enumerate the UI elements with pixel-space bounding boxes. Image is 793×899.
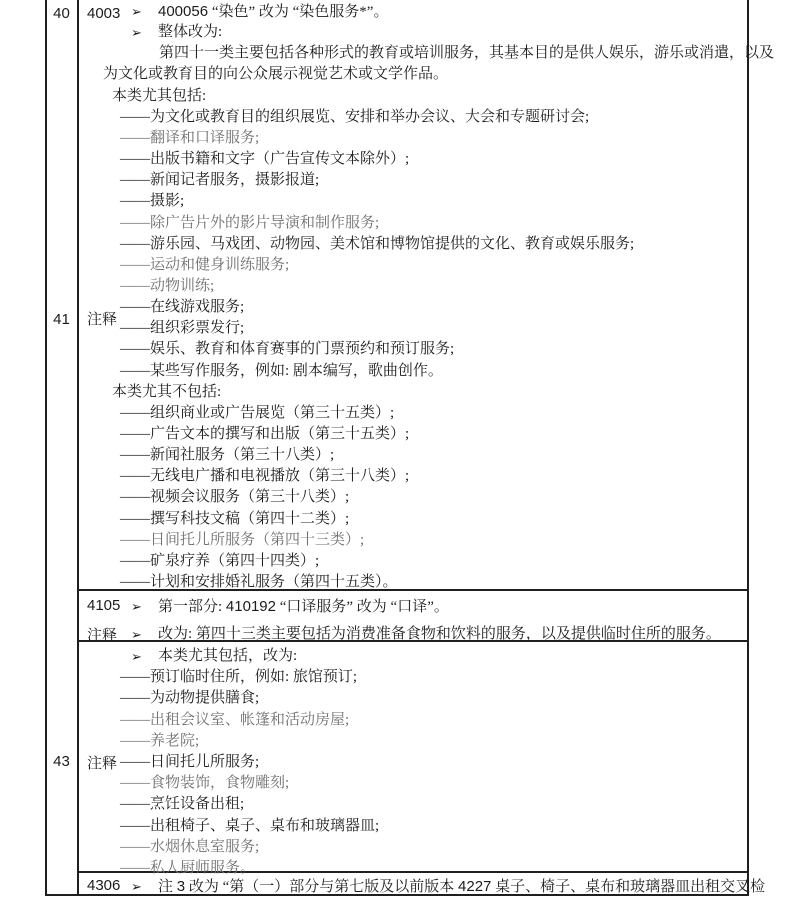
table-text-line: ——游乐园、马戏团、动物园、美术馆和博物馆提供的文化、教育或娱乐服务;	[120, 235, 634, 254]
table-text-line: ——水烟休息室服务;	[120, 838, 259, 857]
bullet-arrow-icon: ➢	[131, 597, 142, 616]
table-text-line: ——为动物提供膳食;	[120, 689, 259, 708]
table-text-line: ——烹饪设备出租;	[120, 795, 244, 814]
table-text-line: ——日间托儿所服务;	[120, 753, 259, 772]
table-text-line: 400056 “染色” 改为 “染色服务*”。	[158, 2, 388, 22]
table-text-line: ——娱乐、教育和体育赛事的门票预约和预订服务;	[120, 340, 454, 359]
table-text-line: ——运动和健身训练服务;	[120, 256, 289, 275]
bullet-arrow-icon: ➢	[131, 647, 142, 666]
document-page: 40414003注释➢400056 “染色” 改为 “染色服务*”。➢整体改为:…	[0, 0, 793, 899]
table-text-line: 整体改为:	[158, 23, 222, 42]
class-number: 41	[46, 311, 77, 328]
table-block-class-40-41: 40414003注释➢400056 “染色” 改为 “染色服务*”。➢整体改为:…	[0, 0, 793, 590]
table-text-line: 为文化或教育目的向公众展示视觉艺术或文学作品。	[103, 65, 448, 84]
bullet-arrow-icon: ➢	[131, 877, 142, 896]
table-text-line: ——摄影;	[120, 192, 184, 211]
table-text-line: 注 3 改为 “第（一）部分与第七版及以前版本 4227 桌子、椅子、桌布和玻璃…	[158, 877, 765, 897]
table-text-line: ——出租会议室、帐篷和活动房屋;	[120, 711, 349, 730]
table-text-line: ——预订临时住所，例如: 旅馆预订;	[120, 668, 357, 687]
table-text-line: ——为文化或教育目的组织展览、安排和举办会议、大会和专题研讨会;	[120, 108, 589, 127]
table-text-line: ——组织彩票发行;	[120, 319, 244, 338]
table-text-line: ——矿泉疗养（第四十四类）;	[120, 552, 319, 571]
group-code-label: 注释	[87, 308, 117, 329]
table-text-line: ——在线游戏服务;	[120, 298, 244, 317]
group-code-label: 4306	[87, 877, 120, 895]
table-text-line: ——新闻社服务（第三十八类）;	[120, 446, 334, 465]
class-number: 43	[46, 753, 77, 770]
table-text-line: ——动物训练;	[120, 277, 214, 296]
table-block-group-4105: 4105注释➢第一部分: 410192 “口译服务” 改为 “口译”。➢改为: …	[0, 590, 793, 641]
table-text-line: ——养老院;	[120, 732, 199, 751]
table-text-line: 第四十一类主要包括各种形式的教育或培训服务，其基本目的是供人娱乐，游乐或消遣，以…	[159, 44, 774, 63]
bullet-arrow-icon: ➢	[131, 2, 142, 21]
table-text-line: ——撰写科技文稿（第四十二类）;	[120, 510, 349, 529]
group-code-label: 4105	[87, 597, 120, 615]
table-text-line: ——出版书籍和文字（广告宣传文本除外）;	[120, 150, 409, 169]
table-text-line: ——无线电广播和电视播放（第三十八类）;	[120, 467, 409, 486]
class-number: 40	[46, 5, 77, 22]
table-block-group-4306: 4306➢注 3 改为 “第（一）部分与第七版及以前版本 4227 桌子、椅子、…	[0, 872, 793, 895]
table-text-line: ——某些写作服务，例如: 剧本编写，歌曲创作。	[120, 362, 443, 381]
table-text-line: 本类尤其不包括:	[112, 383, 221, 402]
table-text-line: ——组织商业或广告展览（第三十五类）;	[120, 404, 394, 423]
table-text-line: ——新闻记者服务，摄影报道;	[120, 171, 319, 190]
table-text-line: ——除广告片外的影片导演和制作服务;	[120, 214, 379, 233]
table-text-line: ——食物装饰，食物雕刻;	[120, 774, 289, 793]
group-code-label: 4003	[87, 5, 120, 23]
table-text-line: 本类尤其包括，改为:	[158, 647, 297, 666]
table-text-line: 第一部分: 410192 “口译服务” 改为 “口译”。	[158, 597, 449, 617]
table-text-line: ——出租椅子、桌子、桌布和玻璃器皿;	[120, 817, 379, 836]
table-text-line: ——日间托儿所服务（第四十三类）;	[120, 531, 364, 550]
group-code-label: 注释	[87, 752, 117, 773]
bullet-arrow-icon: ➢	[131, 23, 142, 42]
table-text-line: ——广告文本的撰写和出版（第三十五类）;	[120, 425, 409, 444]
table-text-line: ——视频会议服务（第三十八类）;	[120, 488, 349, 507]
table-text-line: ——翻译和口译服务;	[120, 129, 259, 148]
table-text-line: 本类尤其包括:	[112, 87, 206, 106]
table-block-class-43: 43注释➢本类尤其包括，改为:——预订临时住所，例如: 旅馆预订;——为动物提供…	[0, 641, 793, 872]
